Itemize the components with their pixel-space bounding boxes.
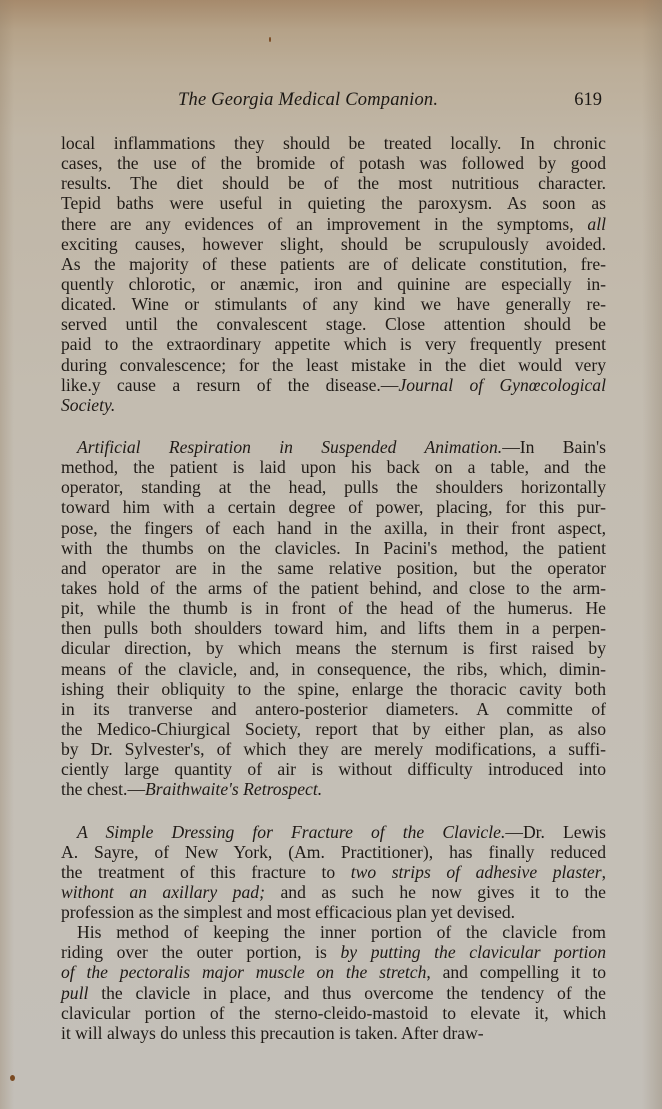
text-line: with the thumbs on the clavicles. In Pac…: [61, 538, 606, 558]
text-run: the Medico-Chiurgical Society, report th…: [61, 719, 606, 739]
text-line: dicated. Wine or stimulants of any kind …: [61, 294, 606, 314]
text-run: dicated. Wine or stimulants of any kind …: [61, 294, 606, 314]
text-line: there are any evidences of an improvemen…: [61, 214, 606, 234]
text-line: clavicular portion of the sterno-cleido-…: [61, 1003, 606, 1023]
italic-run: Braithwaite's Retrospect.: [145, 779, 322, 799]
text-run: served until the convalescent stage. Clo…: [61, 314, 606, 334]
text-line: the treatment of this fracture to two st…: [61, 862, 606, 882]
text-line: Artificial Respiration in Suspended Anim…: [61, 437, 606, 457]
text-line: exciting causes, however slight, should …: [61, 234, 606, 254]
text-line: riding over the outer portion, is by put…: [61, 942, 606, 962]
italic-run: Artificial Respiration in Suspended Anim…: [77, 437, 502, 457]
text-line: results. The diet should be of the most …: [61, 173, 606, 193]
text-line: Tepid baths were useful in quieting the …: [61, 193, 606, 213]
paragraph-simple-dressing: A Simple Dressing for Fracture of the Cl…: [61, 822, 606, 1044]
text-run: As the majority of these patients are of…: [61, 254, 606, 274]
text-run: —Dr. Lewis: [505, 822, 606, 842]
text-line: means of the clavicle, and, in consequen…: [61, 659, 606, 679]
text-line: and operator are in the same relative po…: [61, 558, 606, 578]
text-run: then pulls both shoulders toward him, an…: [61, 618, 606, 638]
text-line: it will always do unless this precaution…: [61, 1023, 606, 1043]
text-run: method, the patient is laid upon his bac…: [61, 457, 606, 477]
text-run: and operator are in the same relative po…: [61, 558, 606, 578]
text-run: exciting causes, however slight, should …: [61, 234, 606, 254]
text-run: in its tranverse and antero-posterior di…: [61, 699, 606, 719]
text-run: Tepid baths were useful in quieting the …: [61, 193, 606, 213]
text-line: of the pectoralis major muscle on the st…: [61, 962, 606, 982]
text-run: there are any evidences of an improvemen…: [61, 214, 587, 234]
paragraph-gap: [61, 800, 606, 822]
italic-run: A Simple Dressing for Fracture of the Cl…: [77, 822, 505, 842]
text-line: operator, standing at the head, pulls th…: [61, 477, 606, 497]
text-line: pit, while the thumb is in front of the …: [61, 598, 606, 618]
text-line: served until the convalescent stage. Clo…: [61, 314, 606, 334]
running-title: The Georgia Medical Companion.: [178, 90, 438, 111]
text-line: profession as the simplest and most effi…: [61, 902, 606, 922]
body-text: local inflammations they should be treat…: [61, 133, 606, 1043]
italic-run: by putting the clavicular portion: [341, 942, 607, 962]
text-run: pose, the fingers of each hand in the ax…: [61, 518, 606, 538]
ink-speck-top: [269, 37, 271, 42]
text-line: pose, the fingers of each hand in the ax…: [61, 518, 606, 538]
text-line: takes hold of the arms of the patient be…: [61, 578, 606, 598]
text-line: ciently large quantity of air is without…: [61, 759, 606, 779]
text-line: quently chlorotic, or anæmic, iron and q…: [61, 274, 606, 294]
text-line: A Simple Dressing for Fracture of the Cl…: [61, 822, 606, 842]
running-head: The Georgia Medical Companion. 619: [170, 90, 602, 116]
text-run: ciently large quantity of air is without…: [61, 759, 606, 779]
text-run: pit, while the thumb is in front of the …: [61, 598, 606, 618]
text-run: the clavicle in place, and thus overcome…: [88, 983, 606, 1003]
paragraph-gap: [61, 415, 606, 437]
text-line: like.y cause a resurn of the disease.—Jo…: [61, 375, 606, 395]
text-run: the treatment of this fracture to: [61, 862, 351, 882]
text-line: toward him with a certain degree of powe…: [61, 497, 606, 517]
text-run: like.y cause a resurn of the disease.—: [61, 375, 398, 395]
text-line: dicular direction, by which means the st…: [61, 638, 606, 658]
text-line: cases, the use of the bromide of potash …: [61, 153, 606, 173]
text-run: cases, the use of the bromide of potash …: [61, 153, 606, 173]
text-run: by Dr. Sylvester's, of which they are me…: [61, 739, 606, 759]
text-run: dicular direction, by which means the st…: [61, 638, 606, 658]
text-run: results. The diet should be of the most …: [61, 173, 606, 193]
text-run: , and compelling it to: [426, 962, 606, 982]
text-run: toward him with a certain degree of powe…: [61, 497, 606, 517]
text-run: A. Sayre, of New York, (Am. Practitioner…: [61, 842, 606, 862]
text-run: the chest.—: [61, 779, 145, 799]
italic-run: Society.: [61, 395, 115, 415]
text-run: clavicular portion of the sterno-cleido-…: [61, 1003, 606, 1023]
text-run: —In Bain's: [502, 437, 606, 457]
text-run: riding over the outer portion, is: [61, 942, 341, 962]
text-run: profession as the simplest and most effi…: [61, 902, 515, 922]
text-line: then pulls both shoulders toward him, an…: [61, 618, 606, 638]
text-run: during convalescence; for the least mist…: [61, 355, 606, 375]
text-line: paid to the extraordinary appetite which…: [61, 334, 606, 354]
text-run: paid to the extraordinary appetite which…: [61, 334, 606, 354]
page-number: 619: [574, 90, 602, 111]
text-line: the chest.—Braithwaite's Retrospect.: [61, 779, 606, 799]
page-edge-right: [642, 0, 662, 1109]
text-line: in its tranverse and antero-posterior di…: [61, 699, 606, 719]
paragraph-artificial-respiration: Artificial Respiration in Suspended Anim…: [61, 437, 606, 800]
text-line: by Dr. Sylvester's, of which they are me…: [61, 739, 606, 759]
text-line: As the majority of these patients are of…: [61, 254, 606, 274]
text-line: the Medico-Chiurgical Society, report th…: [61, 719, 606, 739]
text-run: operator, standing at the head, pulls th…: [61, 477, 606, 497]
text-run: local inflammations they should be treat…: [61, 133, 606, 153]
text-run: means of the clavicle, and, in consequen…: [61, 659, 606, 679]
text-line: withont an axillary pad; and as such he …: [61, 882, 606, 902]
text-line: His method of keeping the inner portion …: [61, 922, 606, 942]
text-line: ishing their obliquity to the spine, enl…: [61, 679, 606, 699]
italic-run: Journal of Gynœcological: [398, 375, 606, 395]
paragraph-continuation: local inflammations they should be treat…: [61, 133, 606, 415]
text-line: during convalescence; for the least mist…: [61, 355, 606, 375]
text-run: ,: [602, 862, 606, 882]
text-run: with the thumbs on the clavicles. In Pac…: [61, 538, 606, 558]
italic-run: pull: [61, 983, 88, 1003]
text-line: pull the clavicle in place, and thus ove…: [61, 983, 606, 1003]
text-run: His method of keeping the inner portion …: [77, 922, 606, 942]
italic-run: two strips of adhesive plaster: [351, 862, 602, 882]
text-run: and as such he now gives it to the: [265, 882, 606, 902]
text-run: takes hold of the arms of the patient be…: [61, 578, 606, 598]
italic-run: withont an axillary pad;: [61, 882, 265, 902]
italic-run: all: [587, 214, 606, 234]
page-edge-left: [0, 0, 14, 1109]
ink-speck-bottom: [10, 1075, 15, 1081]
text-line: local inflammations they should be treat…: [61, 133, 606, 153]
text-line: Society.: [61, 395, 606, 415]
text-run: quently chlorotic, or anæmic, iron and q…: [61, 274, 606, 294]
text-line: method, the patient is laid upon his bac…: [61, 457, 606, 477]
italic-run: of the pectoralis major muscle on the st…: [61, 962, 426, 982]
text-run: ishing their obliquity to the spine, enl…: [61, 679, 606, 699]
text-run: it will always do unless this precaution…: [61, 1023, 484, 1043]
text-line: A. Sayre, of New York, (Am. Practitioner…: [61, 842, 606, 862]
